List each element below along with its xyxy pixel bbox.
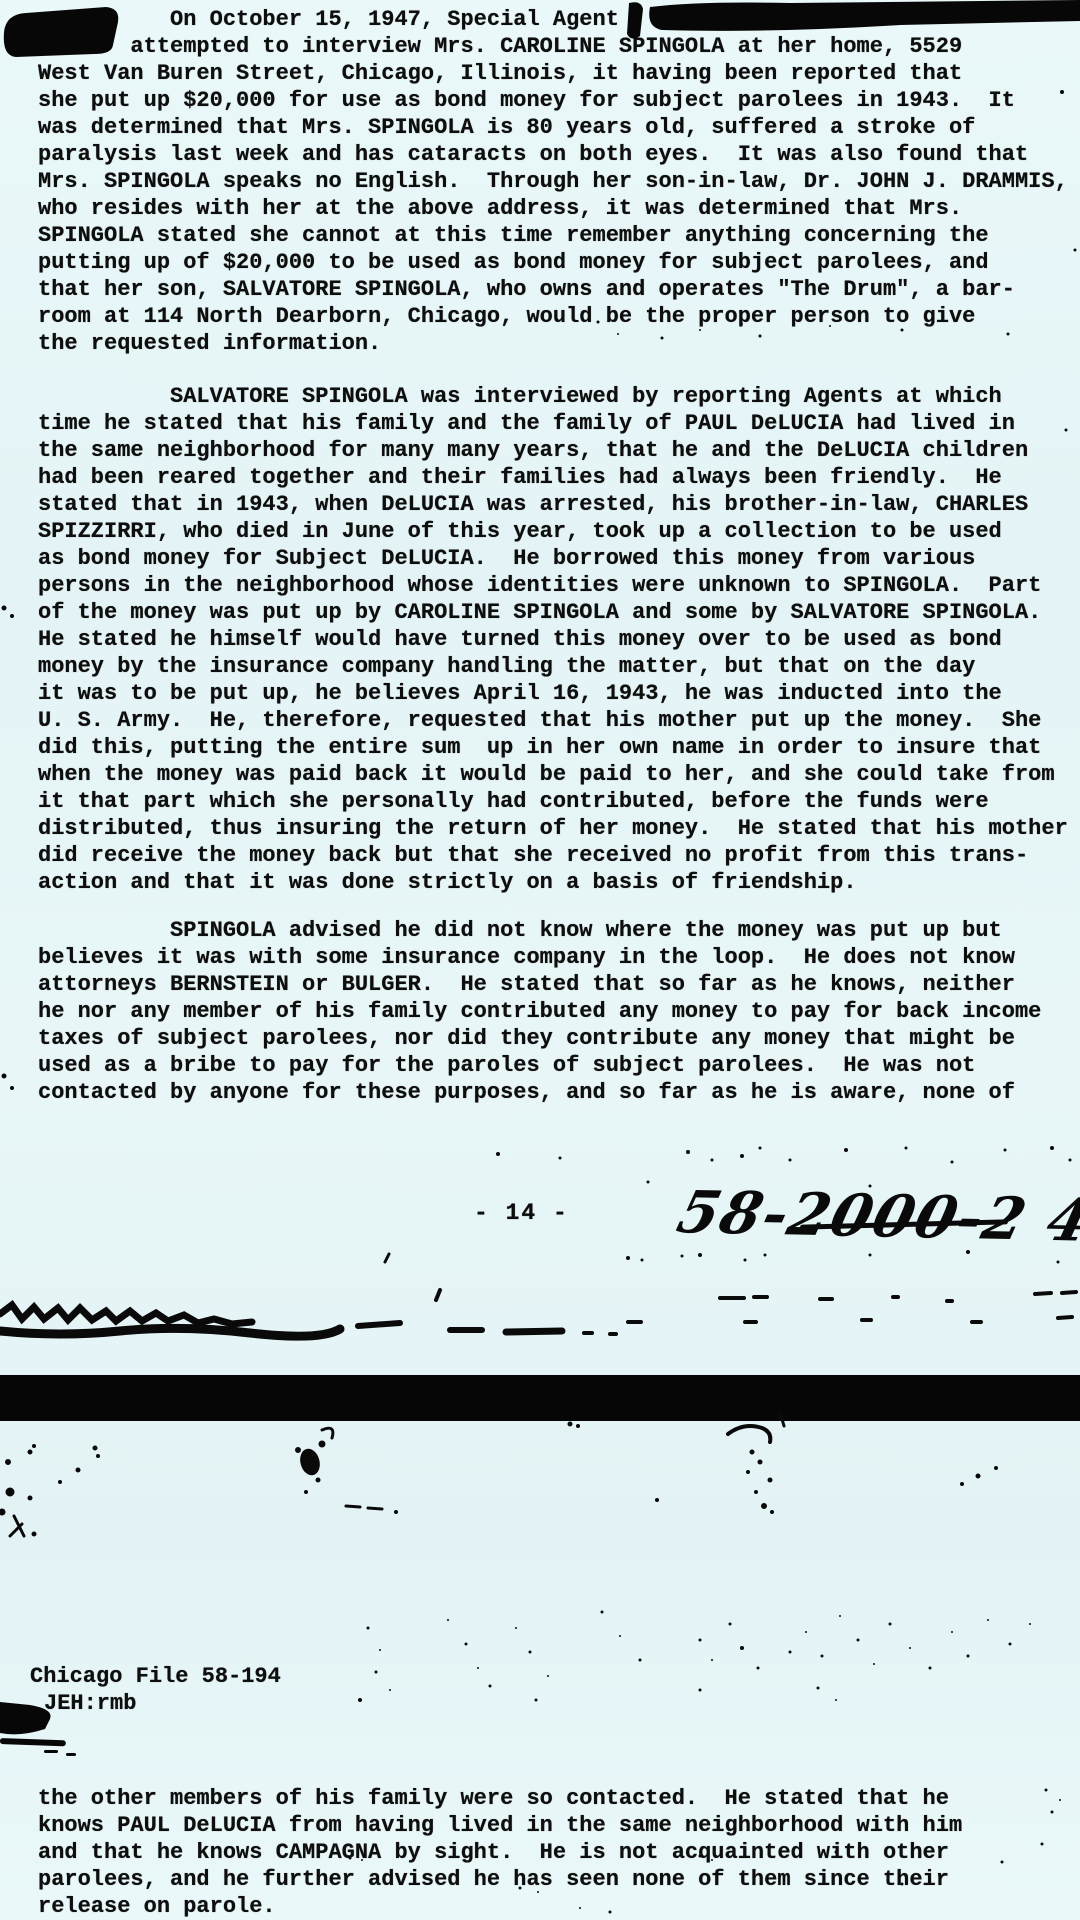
text-line: used as a bribe to pay for the paroles o… — [38, 1052, 1041, 1079]
paragraph-2: SALVATORE SPINGOLA was interviewed by re… — [38, 383, 1068, 896]
text-line: action and that it was done strictly on … — [38, 869, 1068, 896]
text-line: had been reared together and their famil… — [38, 464, 1068, 491]
text-line: persons in the neighborhood whose identi… — [38, 572, 1068, 599]
text-line: He stated he himself would have turned t… — [38, 626, 1068, 653]
text-line: was determined that Mrs. SPINGOLA is 80 … — [38, 114, 1068, 141]
text-line: she put up $20,000 for use as bond money… — [38, 87, 1068, 114]
text-line: attorneys BERNSTEIN or BULGER. He stated… — [38, 971, 1041, 998]
text-line: he nor any member of his family contribu… — [38, 998, 1041, 1025]
text-line: SPINGOLA advised he did not know where t… — [38, 917, 1041, 944]
text-line: On October 15, 1947, Special Agent — [38, 6, 1068, 33]
paragraph-3: SPINGOLA advised he did not know where t… — [38, 917, 1041, 1106]
text-line: believes it was with some insurance comp… — [38, 944, 1041, 971]
text-line: contacted by anyone for these purposes, … — [38, 1079, 1041, 1106]
text-line: the other members of his family were so … — [38, 1785, 962, 1812]
text-line: did this, putting the entire sum up in h… — [38, 734, 1068, 761]
text-line: did receive the money back but that she … — [38, 842, 1068, 869]
text-line: money by the insurance company handling … — [38, 653, 1068, 680]
black-redaction-bar — [0, 1375, 1080, 1421]
text-line: that her son, SALVATORE SPINGOLA, who ow… — [38, 276, 1068, 303]
text-line: SPIZZIRRI, who died in June of this year… — [38, 518, 1068, 545]
text-line: paralysis last week and has cataracts on… — [38, 141, 1068, 168]
text-line: the same neighborhood for many many year… — [38, 437, 1068, 464]
text-line: SALVATORE SPINGOLA was interviewed by re… — [38, 383, 1068, 410]
ink-scribble — [0, 1290, 1076, 1336]
paragraph-4: the other members of his family were so … — [38, 1785, 962, 1920]
text-line: knows PAUL DeLUCIA from having lived in … — [38, 1812, 962, 1839]
page-number: - 14 - — [474, 1200, 569, 1226]
text-line: distributed, thus insuring the return of… — [38, 815, 1068, 842]
text-line: stated that in 1943, when DeLUCIA was ar… — [38, 491, 1068, 518]
text-line: U. S. Army. He, therefore, requested tha… — [38, 707, 1068, 734]
text-line: of the money was put up by CAROLINE SPIN… — [38, 599, 1068, 626]
text-line: Mrs. SPINGOLA speaks no English. Through… — [38, 168, 1068, 195]
text-line: taxes of subject parolees, nor did they … — [38, 1025, 1041, 1052]
text-line: it was to be put up, he believes April 1… — [38, 680, 1068, 707]
text-line: when the money was paid back it would be… — [38, 761, 1068, 788]
text-line: who resides with her at the above addres… — [38, 195, 1068, 222]
text-line: SPINGOLA stated she cannot at this time … — [38, 222, 1068, 249]
typist-initials: JEH:rmb — [44, 1691, 136, 1716]
text-line: time he stated that his family and the f… — [38, 410, 1068, 437]
text-line: release on parole. — [38, 1893, 962, 1920]
text-line: and that he knows CAMPAGNA by sight. He … — [38, 1839, 962, 1866]
text-line: putting up of $20,000 to be used as bond… — [38, 249, 1068, 276]
handwritten-file-number: 58-2000-2 40 — [671, 1178, 1080, 1256]
text-line: as bond money for Subject DeLUCIA. He bo… — [38, 545, 1068, 572]
text-line: room at 114 North Dearborn, Chicago, wou… — [38, 303, 1068, 330]
ink-splotches — [296, 1412, 998, 1514]
text-line: West Van Buren Street, Chicago, Illinois… — [38, 60, 1068, 87]
text-line: the requested information. — [38, 330, 1068, 357]
document-page: On October 15, 1947, Special Agent attem… — [0, 0, 1080, 1920]
text-line: attempted to interview Mrs. CAROLINE SPI… — [38, 33, 1068, 60]
file-reference: Chicago File 58-194 — [30, 1663, 281, 1690]
text-line: parolees, and he further advised he has … — [38, 1866, 962, 1893]
paragraph-1: On October 15, 1947, Special Agent attem… — [38, 6, 1068, 357]
text-line: it that part which she personally had co… — [38, 788, 1068, 815]
